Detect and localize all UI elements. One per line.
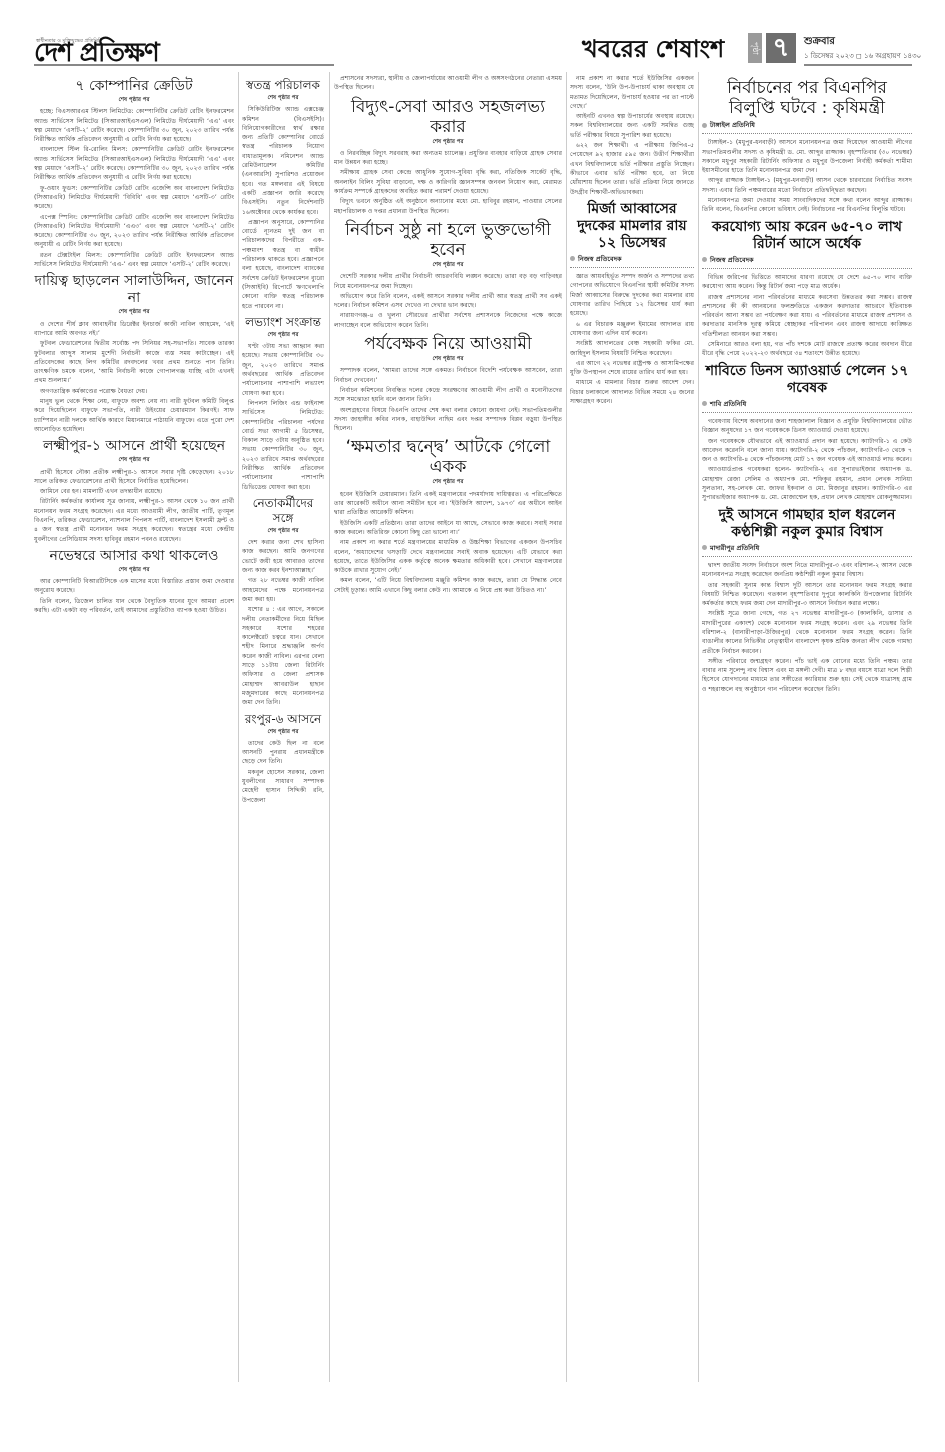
paragraph: রিটার্নিং কর্মকর্তার কার্যালয় সূত্র জান… (34, 497, 234, 543)
continued-label: শেষ পৃষ্ঠার পর (242, 728, 324, 737)
paragraph: জামিনে বের হন। মামলাটি এখন তদন্তাধীন রয়… (34, 487, 234, 496)
paragraph: সম্পাদক বলেন, ‘আমরা তাদের সঙ্গে একমত। নি… (334, 366, 562, 385)
headline: বিদ্যুৎ-সেবা আরও সহজলভ্য করার (334, 97, 562, 137)
paragraph: সেমিনারে আরও বলা হয়, গত পাঁচ দশকে মোট র… (702, 340, 912, 359)
continued-label: শেষ পৃষ্ঠার পর (334, 138, 562, 147)
headline: ৭ কোম্পানির ক্রেডিট (34, 78, 234, 95)
paragraph: ৬২২ জন শিক্ষার্থী। এ পরীক্ষায় জিপিএ-৫ প… (570, 141, 694, 197)
article-lovesh: লভ্যাংশ সংক্রান্ত শেষ পৃষ্ঠার পর ঘণ্টা ৩… (242, 315, 324, 492)
paragraph: ফুটবল ফেডারেশনের দ্বিতীয় সর্বোচ্চ পদ সি… (34, 339, 234, 385)
paragraph: নাম প্রকাশ না করার শর্তে মন্ত্রণালয়ের ম… (334, 538, 562, 575)
paragraph: দেশেটি সরকার দলীয় প্রার্থীর নির্বাচনী আ… (334, 272, 562, 291)
headline: পর্যবেক্ষক নিয়ে আওয়ামী (334, 334, 562, 354)
article-laxmipur: লক্ষ্মীপুর-১ আসনে প্রার্থী হয়েছেন শেষ প… (34, 438, 234, 544)
article-awami-observers: পর্যবেক্ষক নিয়ে আওয়ামী শেষ পৃষ্ঠার পর … (334, 334, 562, 433)
article-leaders: নেতাকর্মীদের সঙ্গে শেষ পৃষ্ঠার পর দেশ কর… (242, 496, 324, 708)
paragraph: নারায়ণগঞ্জ-৪ ও খুলনা সৌরভের প্রার্থীরা … (334, 311, 562, 330)
paragraph: মকবুল হোসেন সরকার, জেলা যুবলীগের সাধারণ … (242, 768, 324, 805)
article-independent-director: স্বতন্ত্র পরিচালক শেষ পৃষ্ঠার পর সিকিউরি… (242, 78, 324, 311)
byline: শাবি প্রতিনিধি (702, 400, 912, 409)
byline: টাঙ্গাইল প্রতিনিধি (702, 121, 912, 130)
issue-date: ১ ডিসেম্বর ২০২৩ ◻ ১৬ অগ্রহায়ণ ১৪৩০ (804, 50, 921, 62)
article-electricity: প্রশাসনের সদস্যরা, স্থানীয় ও জেলাপর্যায… (334, 74, 562, 216)
paragraph: জন গবেষককে যৌথভাবে এই অ্যাওয়ার্ড প্রদান… (702, 437, 912, 465)
dotted-divider (702, 556, 912, 557)
page-number: ৭ (766, 33, 796, 63)
bullet-icon (702, 257, 707, 262)
paragraph: সঙ্গীত পরিবারে জন্মগ্রহণ করেন। পাঁচ ভাই … (702, 657, 912, 694)
paragraph: যশোর ৪ : এর আগে, সকালে দলীয় নেতাকর্মীদে… (242, 605, 324, 707)
issue-day: শুক্রবার (804, 34, 835, 51)
paragraph: মাধ্যমে এ মামলার বিচার শুরুর আদেশ দেন। ব… (570, 378, 694, 406)
headline: স্বতন্ত্র পরিচালক (242, 78, 324, 93)
column-1: ৭ কোম্পানির ক্রেডিট শেষ পৃষ্ঠার পর হচ্ছে… (34, 74, 234, 1374)
headline: নির্বাচনের পর বিএনপির বিলুপ্তি ঘটবে : কৃ… (702, 78, 912, 118)
continued-label: শেষ পৃষ্ঠার পর (34, 96, 234, 105)
paragraph: নাম প্রকাশ না করার শর্তে ইউজিসির একজন সদ… (570, 74, 694, 111)
paragraph: তিনি বলেন, ডিজেল চালিত যান থেকে বৈদ্যুতি… (34, 597, 234, 616)
paragraph: এর আগে ২২ নভেম্বর রাষ্ট্রপক্ষ ও আসামিপক্… (570, 359, 694, 378)
paragraph: প্রজ্ঞাপন অনুসারে, কোম্পানির বোর্ডে ন্যূ… (242, 218, 324, 311)
column-5: নির্বাচনের পর বিএনপির বিলুপ্তি ঘটবে : কৃ… (702, 74, 912, 1374)
bullet-icon (702, 401, 707, 406)
paragraph: সিকিউরিটিজ অ্যান্ড এক্সচেঞ্জ কমিশন (বিএস… (242, 105, 324, 217)
article-ugc-continued: নাম প্রকাশ না করার শর্তে ইউজিসির একজন সদ… (570, 74, 694, 197)
headline: দুই আসনে গামছার হাল ধরলেন কণ্ঠশিল্পী নকু… (702, 507, 912, 541)
paragraph: আর কোম্পানিটি বিআরটিসিকে এক মাসের মধ্যে … (34, 577, 234, 596)
paragraph: লিপলস লিজিং এন্ড ফাইনান্স সার্ভিসেস লিমি… (242, 399, 324, 492)
continued-label: শেষ পৃষ্ঠার পর (334, 261, 562, 270)
article-nakul: দুই আসনে গামছার হাল ধরলেন কণ্ঠশিল্পী নকু… (702, 507, 912, 694)
paragraph: বাংলাদেশ স্টিল রি-রোলিং মিলস: কোম্পানিটি… (34, 145, 234, 182)
paragraph: অভিযোগ করে তিনি বলেন, একই আসনে সরকার দলী… (334, 292, 562, 311)
section-title: খবরের শেষাংশ (582, 36, 724, 62)
headline: নির্বাচন সুষ্ঠু না হলে ভুক্তভোগী হবেন (334, 220, 562, 260)
headline: নেতাকর্মীদের সঙ্গে (242, 496, 324, 526)
dotted-divider (702, 133, 912, 134)
headline: দায়িত্ব ছাড়লেন সালাউদ্দিন, জানেন না (34, 273, 234, 307)
paragraph: ও নিরবচ্ছিন্ন বিদ্যুৎ সরবরাহ করা অন্যতম … (334, 149, 562, 168)
paragraph: জ্ঞাত আয়বহির্ভূত সম্পদ অর্জন ও সম্পদের … (570, 272, 694, 318)
article-ebus: নভেম্বরে আসার কথা থাকলেও শেষ পৃষ্ঠার পর … (34, 548, 234, 615)
article-dean-award: শাবিতে ডিনস অ্যাওয়ার্ড পেলেন ১৭ গবেষক শ… (702, 363, 912, 503)
paragraph: ঘণ্টা ৩টায় সভা আহ্বান করা হয়েছে। সভায়… (242, 342, 324, 398)
article-bnp-extinct: নির্বাচনের পর বিএনপির বিলুপ্তি ঘটবে : কৃ… (702, 78, 912, 215)
continued-label: শেষ পৃষ্ঠার পর (334, 478, 562, 487)
paragraph: সমীক্ষায় গ্রাহক সেবা কেন্দ্রে আধুনিক সু… (334, 168, 562, 196)
newspaper-logo: দেশ প্রতিক্ষণ (34, 42, 159, 64)
paragraph: প্রার্থী হিসেবে নৌকা প্রতীক লক্ষ্মীপুর-১… (34, 468, 234, 487)
byline: নিজস্ব প্রতিবেদক (570, 255, 694, 264)
article-rangpur: রংপুর-৬ আসনে শেষ পৃষ্ঠার পর তাদের কেউ ছি… (242, 712, 324, 805)
paragraph: হবেন ইউজিসি চেয়ারম্যান। তিনি একই মন্ত্র… (334, 490, 562, 518)
dotted-divider (702, 412, 912, 413)
paragraph: ৬ এর বিচারক মঞ্জুরুল ইমামের আদালত রায় ঘ… (570, 320, 694, 339)
article-election-fair: নির্বাচন সুষ্ঠু না হলে ভুক্তভোগী হবেন শে… (334, 220, 562, 330)
headline: শাবিতে ডিনস অ্যাওয়ার্ড পেলেন ১৭ গবেষক (702, 363, 912, 397)
paragraph: তার সহকারী সুনাম কান্ত বিশ্বাস দুটি আসনে… (702, 581, 912, 609)
paragraph: দেশ করার জন্য শেখ হাসিনা কাজ করছেন। আমি … (242, 538, 324, 575)
headline: ‘ক্ষমতার দ্বন্দ্বে’ আটকে গেলো একক (334, 437, 562, 477)
continued-label: শেষ পৃষ্ঠার পর (34, 566, 234, 575)
column-2: স্বতন্ত্র পরিচালক শেষ পৃষ্ঠার পর সিকিউরি… (242, 74, 324, 1374)
byline: নিজস্ব প্রতিবেদক (702, 256, 912, 265)
paragraph: অ্যাওয়ার্ডপ্রাপ্ত গবেষকরা হলেন- ক্যাটাগ… (702, 465, 912, 502)
paragraph: প্রশাসনের সদস্যরা, স্থানীয় ও জেলাপর্যায… (334, 74, 562, 93)
paragraph: সংশ্লিষ্ট সূত্রে জানা গেছে, গত ২৭ নভেম্ব… (702, 609, 912, 655)
masthead-rule-left (34, 64, 334, 66)
paragraph: হচ্ছে: বিএসআরএম স্টিলস লিমিটেড: কোম্পানি… (34, 107, 234, 144)
paragraph: বিদ্যুৎ ভবনে অনুষ্ঠিত এই অনুষ্ঠানে অন্যা… (334, 197, 562, 216)
headline: মির্জা আব্বাসের দুদকের মামলার রায় ১২ ডি… (570, 201, 694, 252)
paragraph: এপেক্স স্পিনিং: কোম্পানিটির ক্রেডিট রেটি… (34, 213, 234, 250)
headline: লভ্যাংশ সংক্রান্ত (242, 315, 324, 330)
paragraph: ও দেশের শীর্ষ ক্লাব আবাহনীর ডিরেক্টর ইনচ… (34, 320, 234, 339)
article-mirza-abbas: মির্জা আব্বাসের দুদকের মামলার রায় ১২ ডি… (570, 201, 694, 406)
paragraph: রতন টেক্সটাইল মিলস: কোম্পানিটির ক্রেডিট … (34, 251, 234, 270)
continued-label: শেষ পৃষ্ঠার পর (242, 331, 324, 340)
paragraph: আব্দুর রাজ্জাক টাঙ্গাইল-১ (মধুপুর-ধনবাড়… (702, 176, 912, 195)
column-3: প্রশাসনের সদস্যরা, স্থানীয় ও জেলাপর্যায… (334, 74, 562, 1374)
column-divider (329, 72, 330, 1382)
paragraph: রাজস্ব প্রশাসনের নানা পরিবর্তনের মাধ্যমে… (702, 293, 912, 339)
continued-label: শেষ পৃষ্ঠার পর (242, 94, 324, 103)
headline: করযোগ্য আয় করেন ৬৫-৭০ লাখ রিটার্ন আসে অ… (702, 219, 912, 253)
paragraph: দ্বাদশ জাতীয় সংসদ নির্বাচনে অংশ নিতে মা… (702, 561, 912, 580)
article-salahuddin: দায়িত্ব ছাড়লেন সালাউদ্দিন, জানেন না শে… (34, 273, 234, 434)
column-divider (698, 72, 699, 1382)
paragraph: সংশ্লিষ্ট আদালতের বেঞ্চ সহকারী ফকির মো. … (570, 339, 694, 358)
article-credit: ৭ কোম্পানির ক্রেডিট শেষ পৃষ্ঠার পর হচ্ছে… (34, 78, 234, 269)
continued-label: শেষ পৃষ্ঠার পর (34, 308, 234, 317)
dotted-divider (570, 267, 694, 268)
bullet-icon (570, 256, 575, 261)
column-4: নাম প্রকাশ না করার শর্তে ইউজিসির একজন সদ… (570, 74, 694, 1374)
paragraph: আইনটি এখনও স্বল্প উপাচার্যের অবস্থায় রয… (570, 112, 694, 140)
paragraph: তাদের কেউ ছিল না বলে আসনটি পুনরায় প্রধা… (242, 739, 324, 767)
paragraph: ইউজিসি একটি প্রতিষ্ঠান। তারা তাদের আইনে … (334, 519, 562, 538)
page-label: পৃষ্ঠা (748, 33, 762, 63)
continued-label: শেষ পৃষ্ঠার পর (242, 527, 324, 536)
paragraph: অংশগ্রহণের বিষয়ে বিএনপি তাদের শেষ কথা ব… (334, 406, 562, 434)
headline: লক্ষ্মীপুর-১ আসনে প্রার্থী হয়েছেন (34, 438, 234, 455)
paragraph: গত ২৮ নভেম্বর কাজী নাবিল আহমেদের পক্ষে ম… (242, 576, 324, 604)
dotted-divider (702, 268, 912, 269)
paragraph: অগণতান্ত্রিক কর্মকাণ্ডের পরোক্ষ বৈধতা দে… (34, 387, 234, 396)
paragraph: ফু-ওয়াং ফুডস: কোম্পানিটির ক্রেডিট রেটিং… (34, 184, 234, 212)
headline: রংপুর-৬ আসনে (242, 712, 324, 727)
paragraph: গবেষণায় বিশেষ অবদানের জন্য শাহজালাল বিজ… (702, 417, 912, 436)
bullet-icon (702, 545, 707, 550)
paragraph: কমল বলেন, ‘এটি নিয়ে বিশ্ববিদ্যালয় মঞ্জ… (334, 576, 562, 595)
column-divider (238, 72, 239, 1382)
paragraph: টাঙ্গাইল-১ (মধুপুর-ধনবাড়ী) আসনে মনোনয়ন… (702, 138, 912, 175)
continued-label: শেষ পৃষ্ঠার পর (334, 355, 562, 364)
paragraph: মনোনয়নপত্র জমা দেওয়ার সময় সাংবাদিকদের… (702, 196, 912, 215)
paragraph: মানুষ ভুল থেকে শিক্ষা নেয়, বাফুফে অবশ্য… (34, 397, 234, 434)
bullet-icon (702, 123, 707, 128)
masthead-rule-right (804, 64, 912, 66)
masthead: স্বাধীনতার ও মুক্তিযুদ্ধের প্রতিনিধি দেশ… (0, 0, 945, 58)
headline: নভেম্বরে আসার কথা থাকলেও (34, 548, 234, 565)
article-power-struggle: ‘ক্ষমতার দ্বন্দ্বে’ আটকে গেলো একক শেষ পৃ… (334, 437, 562, 595)
continued-label: শেষ পৃষ্ঠার পর (34, 456, 234, 465)
article-tax: করযোগ্য আয় করেন ৬৫-৭০ লাখ রিটার্ন আসে অ… (702, 219, 912, 359)
byline: মাদারীপুর প্রতিনিধি (702, 544, 912, 553)
paragraph: বিভিন্ন জরিপের ভিত্তিতে আমাদের ধারণা রয়… (702, 273, 912, 292)
paragraph: নির্বাচন কমিশনের নিবন্ধিত দলের কেন্দ্রে … (334, 386, 562, 405)
column-divider (566, 72, 567, 1382)
